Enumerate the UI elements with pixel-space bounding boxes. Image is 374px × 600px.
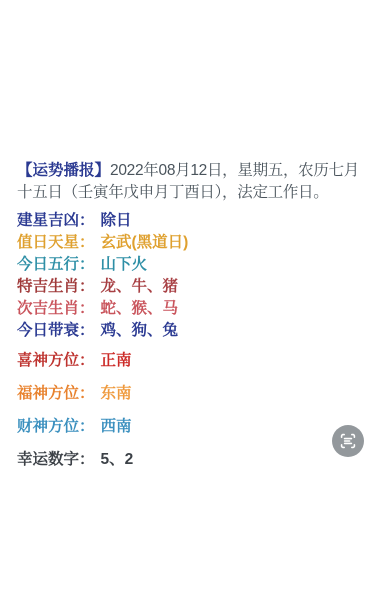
row-value: 玄武(黑道日) bbox=[101, 234, 189, 251]
row-value: 东南 bbox=[101, 385, 132, 402]
row-value: 除日 bbox=[101, 212, 132, 229]
scan-text-icon bbox=[339, 432, 357, 450]
row-label: 财神方位： bbox=[17, 418, 95, 435]
ciji-shengxiao-row: 次吉生肖：蛇、猴、马 bbox=[17, 298, 366, 320]
xishen-direction-row: 喜神方位：正南 bbox=[17, 350, 366, 372]
row-value: 鸡、狗、兔 bbox=[101, 322, 179, 339]
row-label: 喜神方位： bbox=[17, 352, 95, 369]
row-value: 龙、牛、猪 bbox=[101, 278, 179, 295]
lucky-numbers-row: 幸运数字：5、2 bbox=[17, 449, 366, 471]
row-label: 特吉生肖： bbox=[17, 278, 95, 295]
text-scan-fab[interactable] bbox=[332, 425, 364, 457]
fortune-broadcast-panel: 【运势播报】2022年08月12日，星期五，农历七月十五日（壬寅年戊申月丁酉日）… bbox=[0, 0, 374, 471]
row-value: 山下火 bbox=[101, 256, 148, 273]
row-label: 次吉生肖： bbox=[17, 300, 95, 317]
daishuai-row: 今日带衰：鸡、狗、兔 bbox=[17, 320, 366, 342]
broadcast-tag: 【运势播报】 bbox=[17, 162, 110, 179]
fushen-direction-row: 福神方位：东南 bbox=[17, 383, 366, 405]
row-label: 幸运数字： bbox=[17, 451, 95, 468]
broadcast-intro: 【运势播报】2022年08月12日，星期五，农历七月十五日（壬寅年戊申月丁酉日）… bbox=[17, 160, 366, 204]
row-value: 西南 bbox=[101, 418, 132, 435]
fortune-list: 建星吉凶：除日 值日天星：玄武(黑道日) 今日五行：山下火 特吉生肖：龙、牛、猪… bbox=[17, 210, 366, 342]
row-label: 建星吉凶： bbox=[17, 212, 95, 229]
caishen-direction-row: 财神方位：西南 bbox=[17, 416, 366, 438]
teji-shengxiao-row: 特吉生肖：龙、牛、猪 bbox=[17, 276, 366, 298]
wuxing-row: 今日五行：山下火 bbox=[17, 254, 366, 276]
row-value: 5、2 bbox=[101, 451, 134, 468]
row-value: 正南 bbox=[101, 352, 132, 369]
row-label: 今日带衰： bbox=[17, 322, 95, 339]
row-value: 蛇、猴、马 bbox=[101, 300, 179, 317]
directions-list: 喜神方位：正南 福神方位：东南 财神方位：西南 幸运数字：5、2 bbox=[17, 350, 366, 471]
zhiri-tianxing-row: 值日天星：玄武(黑道日) bbox=[17, 232, 366, 254]
jianxing-jixiong-row: 建星吉凶：除日 bbox=[17, 210, 366, 232]
row-label: 今日五行： bbox=[17, 256, 95, 273]
row-label: 值日天星： bbox=[17, 234, 95, 251]
row-label: 福神方位： bbox=[17, 385, 95, 402]
